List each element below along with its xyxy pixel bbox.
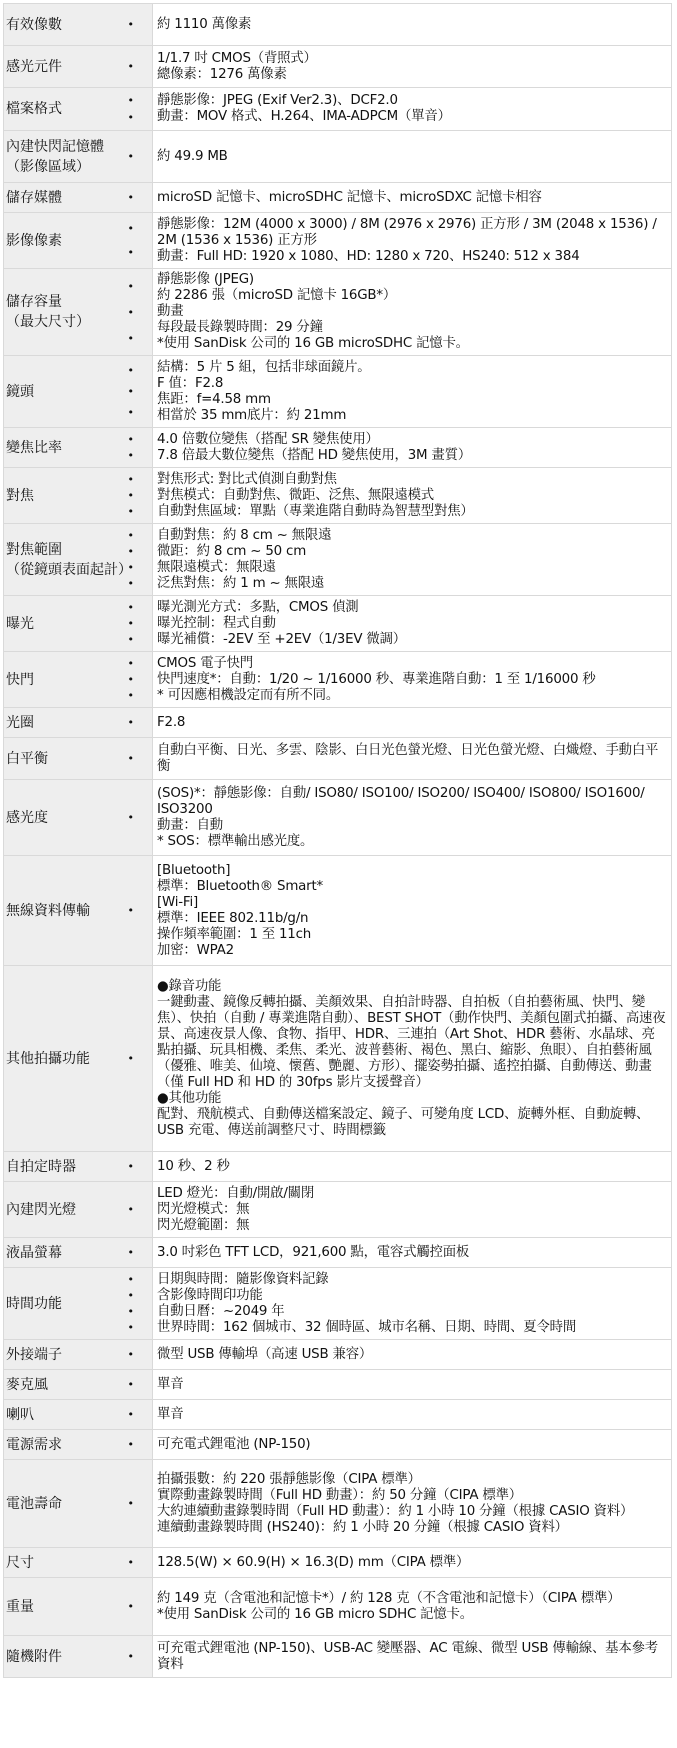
spec-value-line: 每段最長錄製時間：29 分鐘 — [157, 320, 667, 336]
spec-table-body: 有效像數 • 約 1110 萬像素 感光元件 • 1/1.7 吋 CMOS（背照… — [4, 4, 672, 1678]
spec-value-cell: 自動白平衡、日光、多雲、陰影、白日光色螢光燈、日光色螢光燈、白熾燈、手動白平衡 — [153, 738, 672, 780]
bullet-icon: • — [128, 530, 135, 541]
spec-row-24: 喇叭 • 單音 — [4, 1400, 672, 1430]
spec-value-cell: 1/1.7 吋 CMOS（背照式）總像素：1276 萬像素 — [153, 46, 672, 88]
spec-value-cell: 128.5(W) × 60.9(H) × 16.3(D) mm（CIPA 標準） — [153, 1548, 672, 1578]
spec-value-line: 可充電式鋰電池 (NP-150)、USB-AC 變壓器、AC 電線、微型 USB… — [157, 1641, 667, 1673]
bullet-list: • — [128, 1636, 135, 1677]
spec-value-line: 焦距：f=4.58 mm — [157, 392, 667, 408]
bullet-list: • — [128, 856, 135, 965]
spec-value-line: 曝光控制：程式自動 — [157, 616, 667, 632]
spec-value-cell: 日期與時間：隨影像資料記錄含影像時間印功能自動日曆：~2049 年世界時間：16… — [153, 1268, 672, 1340]
spec-value-line: *使用 SanDisk 公司的 16 GB micro SDHC 記憶卡。 — [157, 1607, 667, 1623]
bullet-icon: • — [128, 247, 135, 258]
bullet-icon: • — [128, 1247, 135, 1258]
spec-value-line: 曝光補償：-2EV 至 +2EV（1/3EV 微調） — [157, 632, 667, 648]
spec-value-line: 標準：IEEE 802.11b/g/n — [157, 911, 667, 927]
bullet-icon: • — [128, 19, 135, 30]
spec-value-line: 約 149 克（含電池和記憶卡*）/ 約 128 克（不含電池和記憶卡）（CIP… — [157, 1591, 667, 1607]
spec-value-cell: 對焦形式: 對比式偵測自動對焦對焦模式：自動對焦、微距、泛焦、無限遠模式自動對焦… — [153, 468, 672, 524]
bullet-list: ••• — [128, 356, 135, 427]
bullet-icon: • — [128, 1439, 135, 1450]
spec-value-cell: 3.0 吋彩色 TFT LCD，921,600 點，電容式觸控面板 — [153, 1238, 672, 1268]
bullet-icon: • — [128, 905, 135, 916]
bullet-icon: • — [128, 1053, 135, 1064]
spec-row-25: 電源需求 • 可充電式鋰電池 (NP-150) — [4, 1430, 672, 1460]
spec-label-cell: 其他拍攝功能 • — [4, 966, 153, 1152]
spec-label-cell: 曝光 ••• — [4, 596, 153, 652]
spec-label-cell: 時間功能 •••• — [4, 1268, 153, 1340]
spec-value-line: 快門速度*：自動：1/20 ~ 1/16000 秒、專業進階自動：1 至 1/1… — [157, 672, 667, 688]
spec-label-cell: 感光度 • — [4, 780, 153, 856]
bullet-icon: • — [128, 1379, 135, 1390]
spec-row-13: 光圈 • F2.8 — [4, 708, 672, 738]
spec-value-line: 實際動畫錄製時間（Full HD 動畫）：約 50 分鐘（CIPA 標準） — [157, 1488, 667, 1504]
bullet-list: • — [128, 1460, 135, 1547]
spec-label-cell: 檔案格式 •• — [4, 88, 153, 131]
spec-value-line: 靜態影像：12M (4000 x 3000) / 8M (2976 x 2976… — [157, 217, 667, 249]
spec-value-line: [Wi-Fi] — [157, 895, 667, 911]
bullet-list: • — [128, 4, 135, 45]
spec-value-line: 閃光燈模式：無 — [157, 1202, 667, 1218]
spec-row-16: 無線資料傳輸 • [Bluetooth]標準：Bluetooth® Smart*… — [4, 856, 672, 966]
spec-value-line: F2.8 — [157, 715, 667, 731]
bullet-list: • — [128, 183, 135, 212]
spec-value-line: 約 1110 萬像素 — [157, 17, 667, 33]
spec-value-line: 連續動畫錄製時間 (HS240)：約 1 小時 20 分鐘（根據 CASIO 資… — [157, 1520, 667, 1536]
bullet-icon: • — [128, 812, 135, 823]
bullet-list: • — [128, 46, 135, 87]
spec-value-cell: 微型 USB 傳輸埠（高速 USB 兼容） — [153, 1340, 672, 1370]
bullet-list: ••• — [128, 652, 135, 707]
spec-value-line: 單音 — [157, 1407, 667, 1423]
bullet-icon: • — [128, 386, 135, 397]
spec-value-cell: 約 149 克（含電池和記憶卡*）/ 約 128 克（不含電池和記憶卡）（CIP… — [153, 1578, 672, 1636]
spec-value-line: 動畫 — [157, 304, 667, 320]
bullet-list: • — [128, 1182, 135, 1237]
spec-row-0: 有效像數 • 約 1110 萬像素 — [4, 4, 672, 46]
spec-value-line: 7.8 倍最大數位變焦（搭配 HD 變焦使用，3M 畫質） — [157, 448, 667, 464]
spec-value-cell: 曝光測光方式：多點，CMOS 偵測曝光控制：程式自動曝光補償：-2EV 至 +2… — [153, 596, 672, 652]
spec-row-22: 外接端子 • 微型 USB 傳輸埠（高速 USB 兼容） — [4, 1340, 672, 1370]
spec-value-line: LED 燈光：自動/開啟/關閉 — [157, 1186, 667, 1202]
spec-row-8: 變焦比率 •• 4.0 倍數位變焦（搭配 SR 變焦使用）7.8 倍最大數位變焦… — [4, 428, 672, 468]
spec-row-6: 儲存容量 （最大尺寸） ••• 靜態影像 (JPEG)約 2286 張（micr… — [4, 269, 672, 356]
spec-value-line: 靜態影像：JPEG (Exif Ver2.3)、DCF2.0 — [157, 93, 667, 109]
spec-value-cell: 單音 — [153, 1400, 672, 1430]
spec-label-cell: 鏡頭 ••• — [4, 356, 153, 428]
spec-table: 有效像數 • 約 1110 萬像素 感光元件 • 1/1.7 吋 CMOS（背照… — [3, 3, 672, 1678]
spec-label-cell: 隨機附件 • — [4, 1636, 153, 1678]
spec-value-line: 總像素：1276 萬像素 — [157, 67, 667, 83]
spec-value-line: F 值：F2.8 — [157, 376, 667, 392]
spec-value-cell: 可充電式鋰電池 (NP-150) — [153, 1430, 672, 1460]
spec-label-cell: 尺寸 • — [4, 1548, 153, 1578]
spec-value-line: CMOS 電子快門 — [157, 656, 667, 672]
spec-value-line: 大約連續動畫錄製時間（Full HD 動畫）：約 1 小時 10 分鐘（根據 C… — [157, 1504, 667, 1520]
spec-label-cell: 對焦範圍 （從鏡頭表面起計） •••• — [4, 524, 153, 596]
spec-value-line: 約 2286 張（microSD 記憶卡 16GB*） — [157, 288, 667, 304]
spec-value-cell: 單音 — [153, 1370, 672, 1400]
spec-value-line: 4.0 倍數位變焦（搭配 SR 變焦使用） — [157, 432, 667, 448]
bullet-icon: • — [128, 1290, 135, 1301]
spec-value-line: 含影像時間印功能 — [157, 1288, 667, 1304]
bullet-icon: • — [128, 95, 135, 106]
spec-value-line: 世界時間：162 個城市、32 個時區、城市名稱、日期、時間、夏令時間 — [157, 1320, 667, 1336]
spec-label-cell: 變焦比率 •• — [4, 428, 153, 468]
spec-label-cell: 外接端子 • — [4, 1340, 153, 1370]
bullet-icon: • — [128, 658, 135, 669]
spec-value-line: 自動對焦區域：單點（專業進階自動時為智慧型對焦） — [157, 504, 667, 520]
spec-value-line: 一鍵動畫、鏡像反轉拍攝、美顏效果、自拍計時器、自拍板（自拍藝術風、快門、變焦）、… — [157, 995, 667, 1091]
spec-value-line: 自動日曆：~2049 年 — [157, 1304, 667, 1320]
bullet-icon: • — [128, 1322, 135, 1333]
spec-row-23: 麥克風 • 單音 — [4, 1370, 672, 1400]
bullet-icon: • — [128, 490, 135, 501]
spec-value-line: microSD 記憶卡、microSDHC 記憶卡、microSDXC 記憶卡相… — [157, 190, 667, 206]
spec-value-line: * SOS：標準輸出感光度。 — [157, 834, 667, 850]
bullet-list: •••• — [128, 1268, 135, 1339]
bullet-icon: • — [128, 112, 135, 123]
spec-value-cell: 10 秒、2 秒 — [153, 1152, 672, 1182]
spec-label-cell: 影像像素 •• — [4, 213, 153, 269]
bullet-list: ••• — [128, 269, 135, 355]
spec-row-12: 快門 ••• CMOS 電子快門快門速度*：自動：1/20 ~ 1/16000 … — [4, 652, 672, 708]
spec-row-10: 對焦範圍 （從鏡頭表面起計） •••• 自動對焦：約 8 cm ~ 無限遠微距：… — [4, 524, 672, 596]
spec-value-line: 無限遠模式：無限遠 — [157, 560, 667, 576]
bullet-list: • — [128, 1370, 135, 1399]
bullet-icon: • — [128, 407, 135, 418]
spec-value-line: 1/1.7 吋 CMOS（背照式） — [157, 51, 667, 67]
spec-label-cell: 重量 • — [4, 1578, 153, 1636]
spec-row-4: 儲存媒體 • microSD 記憶卡、microSDHC 記憶卡、microSD… — [4, 183, 672, 213]
bullet-list: •••• — [128, 524, 135, 595]
bullet-icon: • — [128, 602, 135, 613]
bullet-icon: • — [128, 717, 135, 728]
bullet-icon: • — [128, 192, 135, 203]
spec-label-cell: 內建閃光燈 • — [4, 1182, 153, 1238]
spec-row-5: 影像像素 •• 靜態影像：12M (4000 x 3000) / 8M (297… — [4, 213, 672, 269]
spec-label-cell: 快門 ••• — [4, 652, 153, 708]
spec-value-cell: (SOS)*：靜態影像：自動/ ISO80/ ISO100/ ISO200/ I… — [153, 780, 672, 856]
spec-label-cell: 喇叭 • — [4, 1400, 153, 1430]
spec-value-line: 自動白平衡、日光、多雲、陰影、白日光色螢光燈、日光色螢光燈、白熾燈、手動白平衡 — [157, 743, 667, 775]
spec-value-cell: [Bluetooth]標準：Bluetooth® Smart*[Wi-Fi]標準… — [153, 856, 672, 966]
spec-row-15: 感光度 • (SOS)*：靜態影像：自動/ ISO80/ ISO100/ ISO… — [4, 780, 672, 856]
bullet-list: • — [128, 1152, 135, 1181]
spec-value-cell: 拍攝張數：約 220 張靜態影像（CIPA 標準）實際動畫錄製時間（Full H… — [153, 1460, 672, 1548]
bullet-icon: • — [128, 578, 135, 589]
bullet-list: ••• — [128, 596, 135, 651]
spec-value-line: ●其他功能 — [157, 1091, 667, 1107]
spec-row-11: 曝光 ••• 曝光測光方式：多點，CMOS 偵測曝光控制：程式自動曝光補償：-2… — [4, 596, 672, 652]
spec-value-cell: CMOS 電子快門快門速度*：自動：1/20 ~ 1/16000 秒、專業進階自… — [153, 652, 672, 708]
bullet-icon: • — [128, 1498, 135, 1509]
spec-value-line: 動畫：自動 — [157, 818, 667, 834]
bullet-list: • — [128, 708, 135, 737]
spec-value-line: 拍攝張數：約 220 張靜態影像（CIPA 標準） — [157, 1472, 667, 1488]
bullet-icon: • — [128, 506, 135, 517]
spec-value-line: 微型 USB 傳輸埠（高速 USB 兼容） — [157, 1347, 667, 1363]
spec-row-2: 檔案格式 •• 靜態影像：JPEG (Exif Ver2.3)、DCF2.0動畫… — [4, 88, 672, 131]
spec-row-17: 其他拍攝功能 • ●錄音功能一鍵動畫、鏡像反轉拍攝、美顏效果、自拍計時器、自拍板… — [4, 966, 672, 1152]
bullet-list: • — [128, 131, 135, 182]
spec-label-cell: 儲存容量 （最大尺寸） ••• — [4, 269, 153, 356]
spec-label-cell: 儲存媒體 • — [4, 183, 153, 213]
bullet-list: •• — [128, 213, 135, 268]
spec-row-7: 鏡頭 ••• 結構：5 片 5 組，包括非球面鏡片。F 值：F2.8焦距：f=4… — [4, 356, 672, 428]
spec-label-cell: 對焦 ••• — [4, 468, 153, 524]
spec-row-29: 隨機附件 • 可充電式鋰電池 (NP-150)、USB-AC 變壓器、AC 電線… — [4, 1636, 672, 1678]
bullet-icon: • — [128, 546, 135, 557]
bullet-icon: • — [128, 1161, 135, 1172]
spec-value-line: 對焦形式: 對比式偵測自動對焦 — [157, 472, 667, 488]
spec-value-line: 對焦模式：自動對焦、微距、泛焦、無限遠模式 — [157, 488, 667, 504]
spec-value-line: 曝光測光方式：多點，CMOS 偵測 — [157, 600, 667, 616]
bullet-icon: • — [128, 474, 135, 485]
spec-value-cell: 靜態影像：JPEG (Exif Ver2.3)、DCF2.0動畫：MOV 格式、… — [153, 88, 672, 131]
spec-value-line: 約 49.9 MB — [157, 149, 667, 165]
bullet-list: • — [128, 1340, 135, 1369]
bullet-icon: • — [128, 333, 135, 344]
spec-row-26: 電池壽命 • 拍攝張數：約 220 張靜態影像（CIPA 標準）實際動畫錄製時間… — [4, 1460, 672, 1548]
spec-label-cell: 有效像數 • — [4, 4, 153, 46]
bullet-list: • — [128, 1400, 135, 1429]
spec-label-cell: 自拍定時器 • — [4, 1152, 153, 1182]
bullet-icon: • — [128, 690, 135, 701]
spec-row-28: 重量 • 約 149 克（含電池和記憶卡*）/ 約 128 克（不含電池和記憶卡… — [4, 1578, 672, 1636]
spec-value-line: [Bluetooth] — [157, 863, 667, 879]
spec-label-cell: 電池壽命 • — [4, 1460, 153, 1548]
bullet-icon: • — [128, 61, 135, 72]
spec-value-line: 配對、飛航模式、自動傳送檔案設定、鏡子、可變角度 LCD、旋轉外框、自動旋轉、U… — [157, 1107, 667, 1139]
bullet-icon: • — [128, 562, 135, 573]
bullet-list: •• — [128, 428, 135, 467]
spec-value-line: * 可因應相機設定而有所不同。 — [157, 688, 667, 704]
bullet-icon: • — [128, 1651, 135, 1662]
bullet-list: • — [128, 1430, 135, 1459]
spec-value-line: 標準：Bluetooth® Smart* — [157, 879, 667, 895]
bullet-icon: • — [128, 1274, 135, 1285]
spec-row-9: 對焦 ••• 對焦形式: 對比式偵測自動對焦對焦模式：自動對焦、微距、泛焦、無限… — [4, 468, 672, 524]
spec-value-cell: ●錄音功能一鍵動畫、鏡像反轉拍攝、美顏效果、自拍計時器、自拍板（自拍藝術風、快門… — [153, 966, 672, 1152]
spec-label-cell: 液晶螢幕 • — [4, 1238, 153, 1268]
spec-row-1: 感光元件 • 1/1.7 吋 CMOS（背照式）總像素：1276 萬像素 — [4, 46, 672, 88]
spec-value-cell: F2.8 — [153, 708, 672, 738]
bullet-icon: • — [128, 281, 135, 292]
spec-value-line: 自動對焦：約 8 cm ~ 無限遠 — [157, 528, 667, 544]
spec-value-line: 10 秒、2 秒 — [157, 1159, 667, 1175]
bullet-icon: • — [128, 1409, 135, 1420]
bullet-list: ••• — [128, 468, 135, 523]
spec-row-18: 自拍定時器 • 10 秒、2 秒 — [4, 1152, 672, 1182]
spec-value-cell: 結構：5 片 5 組，包括非球面鏡片。F 值：F2.8焦距：f=4.58 mm相… — [153, 356, 672, 428]
spec-value-line: 靜態影像 (JPEG) — [157, 272, 667, 288]
spec-value-cell: microSD 記憶卡、microSDHC 記憶卡、microSDXC 記憶卡相… — [153, 183, 672, 213]
spec-value-line: 泛焦對焦：約 1 m ~ 無限遠 — [157, 576, 667, 592]
bullet-icon: • — [128, 674, 135, 685]
spec-value-line: 128.5(W) × 60.9(H) × 16.3(D) mm（CIPA 標準） — [157, 1555, 667, 1571]
spec-label-cell: 無線資料傳輸 • — [4, 856, 153, 966]
bullet-icon: • — [128, 450, 135, 461]
bullet-icon: • — [128, 151, 135, 162]
bullet-list: • — [128, 780, 135, 855]
spec-value-cell: 約 1110 萬像素 — [153, 4, 672, 46]
bullet-icon: • — [128, 1557, 135, 1568]
bullet-icon: • — [128, 1349, 135, 1360]
bullet-list: • — [128, 1548, 135, 1577]
bullet-list: • — [128, 1238, 135, 1267]
spec-value-line: 閃光燈範圍：無 — [157, 1218, 667, 1234]
spec-row-3: 內建快閃記憶體 （影像區域） • 約 49.9 MB — [4, 131, 672, 183]
spec-value-line: 日期與時間：隨影像資料記錄 — [157, 1272, 667, 1288]
bullet-list: •• — [128, 88, 135, 130]
spec-value-line: 3.0 吋彩色 TFT LCD，921,600 點，電容式觸控面板 — [157, 1245, 667, 1261]
bullet-list: • — [128, 966, 135, 1151]
bullet-icon: • — [128, 223, 135, 234]
bullet-list: • — [128, 738, 135, 779]
spec-value-line: (SOS)*：靜態影像：自動/ ISO80/ ISO100/ ISO200/ I… — [157, 786, 667, 818]
bullet-icon: • — [128, 634, 135, 645]
spec-value-line: 單音 — [157, 1377, 667, 1393]
bullet-icon: • — [128, 618, 135, 629]
spec-label-cell: 光圈 • — [4, 708, 153, 738]
bullet-list: • — [128, 1578, 135, 1635]
spec-value-cell: 靜態影像：12M (4000 x 3000) / 8M (2976 x 2976… — [153, 213, 672, 269]
spec-row-14: 白平衡 • 自動白平衡、日光、多雲、陰影、白日光色螢光燈、日光色螢光燈、白熾燈、… — [4, 738, 672, 780]
spec-value-line: 操作頻率範圍：1 至 11ch — [157, 927, 667, 943]
spec-value-cell: 約 49.9 MB — [153, 131, 672, 183]
spec-label-cell: 電源需求 • — [4, 1430, 153, 1460]
spec-row-27: 尺寸 • 128.5(W) × 60.9(H) × 16.3(D) mm（CIP… — [4, 1548, 672, 1578]
bullet-icon: • — [128, 434, 135, 445]
spec-value-line: 結構：5 片 5 組，包括非球面鏡片。 — [157, 360, 667, 376]
spec-value-cell: 靜態影像 (JPEG)約 2286 張（microSD 記憶卡 16GB*）動畫… — [153, 269, 672, 356]
bullet-icon: • — [128, 753, 135, 764]
spec-label-cell: 麥克風 • — [4, 1370, 153, 1400]
spec-label-cell: 感光元件 • — [4, 46, 153, 88]
spec-value-cell: LED 燈光：自動/開啟/關閉閃光燈模式：無閃光燈範圍：無 — [153, 1182, 672, 1238]
spec-value-cell: 自動對焦：約 8 cm ~ 無限遠微距：約 8 cm ~ 50 cm無限遠模式：… — [153, 524, 672, 596]
spec-value-line: ●錄音功能 — [157, 979, 667, 995]
spec-label-cell: 內建快閃記憶體 （影像區域） • — [4, 131, 153, 183]
spec-row-21: 時間功能 •••• 日期與時間：隨影像資料記錄含影像時間印功能自動日曆：~204… — [4, 1268, 672, 1340]
bullet-icon: • — [128, 365, 135, 376]
spec-value-cell: 可充電式鋰電池 (NP-150)、USB-AC 變壓器、AC 電線、微型 USB… — [153, 1636, 672, 1678]
bullet-icon: • — [128, 1601, 135, 1612]
spec-value-line: 微距：約 8 cm ~ 50 cm — [157, 544, 667, 560]
spec-row-19: 內建閃光燈 • LED 燈光：自動/開啟/關閉閃光燈模式：無閃光燈範圍：無 — [4, 1182, 672, 1238]
spec-value-line: 可充電式鋰電池 (NP-150) — [157, 1437, 667, 1453]
spec-value-line: 動畫：Full HD: 1920 x 1080、HD: 1280 x 720、H… — [157, 249, 667, 265]
spec-value-line: 動畫：MOV 格式、H.264、IMA-ADPCM（單音） — [157, 109, 667, 125]
bullet-icon: • — [128, 1306, 135, 1317]
spec-value-line: 加密：WPA2 — [157, 943, 667, 959]
spec-value-line: *使用 SanDisk 公司的 16 GB microSDHC 記憶卡。 — [157, 336, 667, 352]
spec-value-cell: 4.0 倍數位變焦（搭配 SR 變焦使用）7.8 倍最大數位變焦（搭配 HD 變… — [153, 428, 672, 468]
bullet-icon: • — [128, 1204, 135, 1215]
spec-row-20: 液晶螢幕 • 3.0 吋彩色 TFT LCD，921,600 點，電容式觸控面板 — [4, 1238, 672, 1268]
bullet-icon: • — [128, 307, 135, 318]
spec-value-line: 相當於 35 mm底片：約 21mm — [157, 408, 667, 424]
spec-label-cell: 白平衡 • — [4, 738, 153, 780]
